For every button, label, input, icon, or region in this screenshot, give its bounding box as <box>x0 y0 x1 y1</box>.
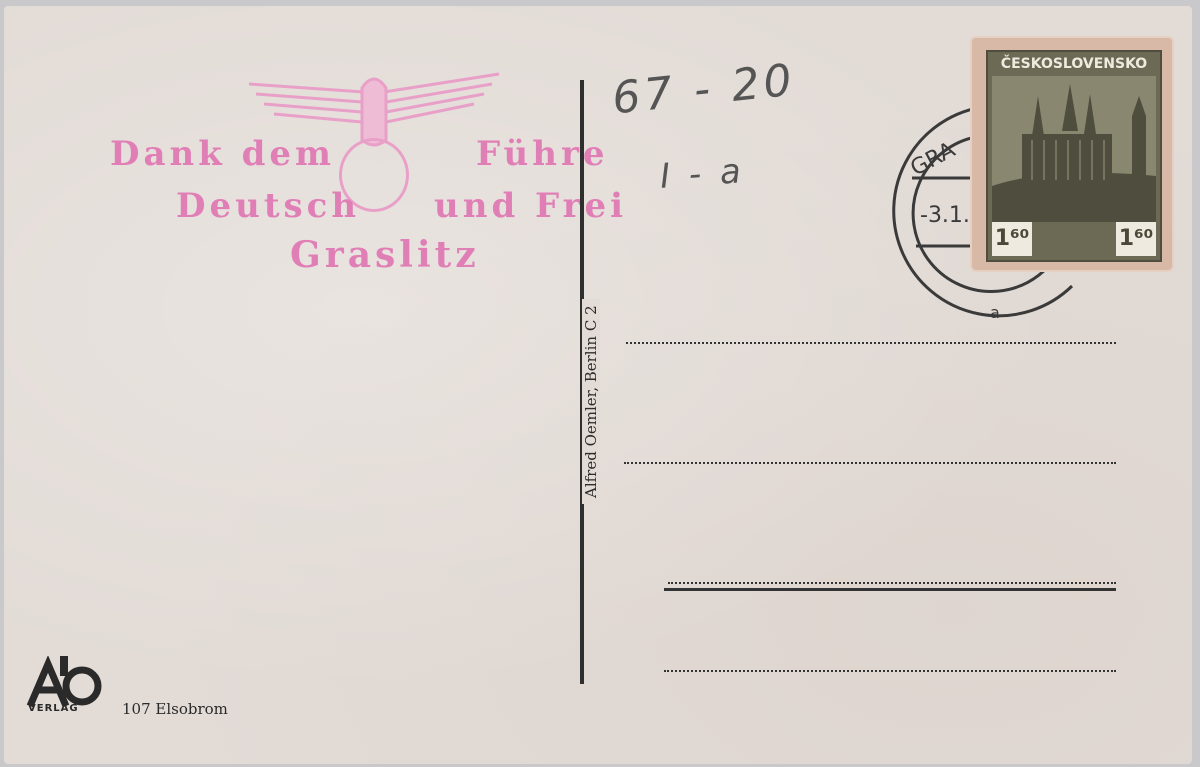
publisher-logo-caption: VERLAG <box>28 703 79 714</box>
stamp-value-right: 1⁶⁰ <box>1116 222 1156 256</box>
cachet-text-line2-left: Deutsch <box>176 186 360 226</box>
address-line-2 <box>624 462 1116 464</box>
postmark-town: GRA <box>907 137 960 181</box>
address-line-4 <box>664 670 1116 672</box>
postmark-letter: a <box>990 303 1000 322</box>
handwritten-note-line1: 67 - 20 <box>610 55 798 125</box>
address-line-3-solid <box>664 588 1116 591</box>
cathedral-icon <box>992 76 1156 222</box>
cachet-text-line2-right: und Frei <box>434 186 627 226</box>
handwritten-note-line2: I - a <box>659 151 746 197</box>
publisher-imprint: Alfred Oemler, Berlin C 2 <box>582 299 600 504</box>
postage-stamp: ČESKOSLOVENSKO KUTNÁ HORA <box>972 38 1172 270</box>
address-line-1 <box>626 342 1116 344</box>
cachet-text-line1-right: Führe <box>476 134 609 174</box>
stamp-country: ČESKOSLOVENSKO <box>988 56 1160 72</box>
stamp-value-left: 1⁶⁰ <box>992 222 1032 256</box>
cachet-text-town: Graslitz <box>290 234 480 276</box>
card-number: 107 Elsobrom <box>122 700 228 718</box>
address-line-3-dotted <box>668 582 1116 584</box>
postcard-back: Dank dem Führe Deutsch und Frei Graslitz… <box>4 6 1192 764</box>
cachet-text-line1-left: Dank dem <box>110 134 335 174</box>
